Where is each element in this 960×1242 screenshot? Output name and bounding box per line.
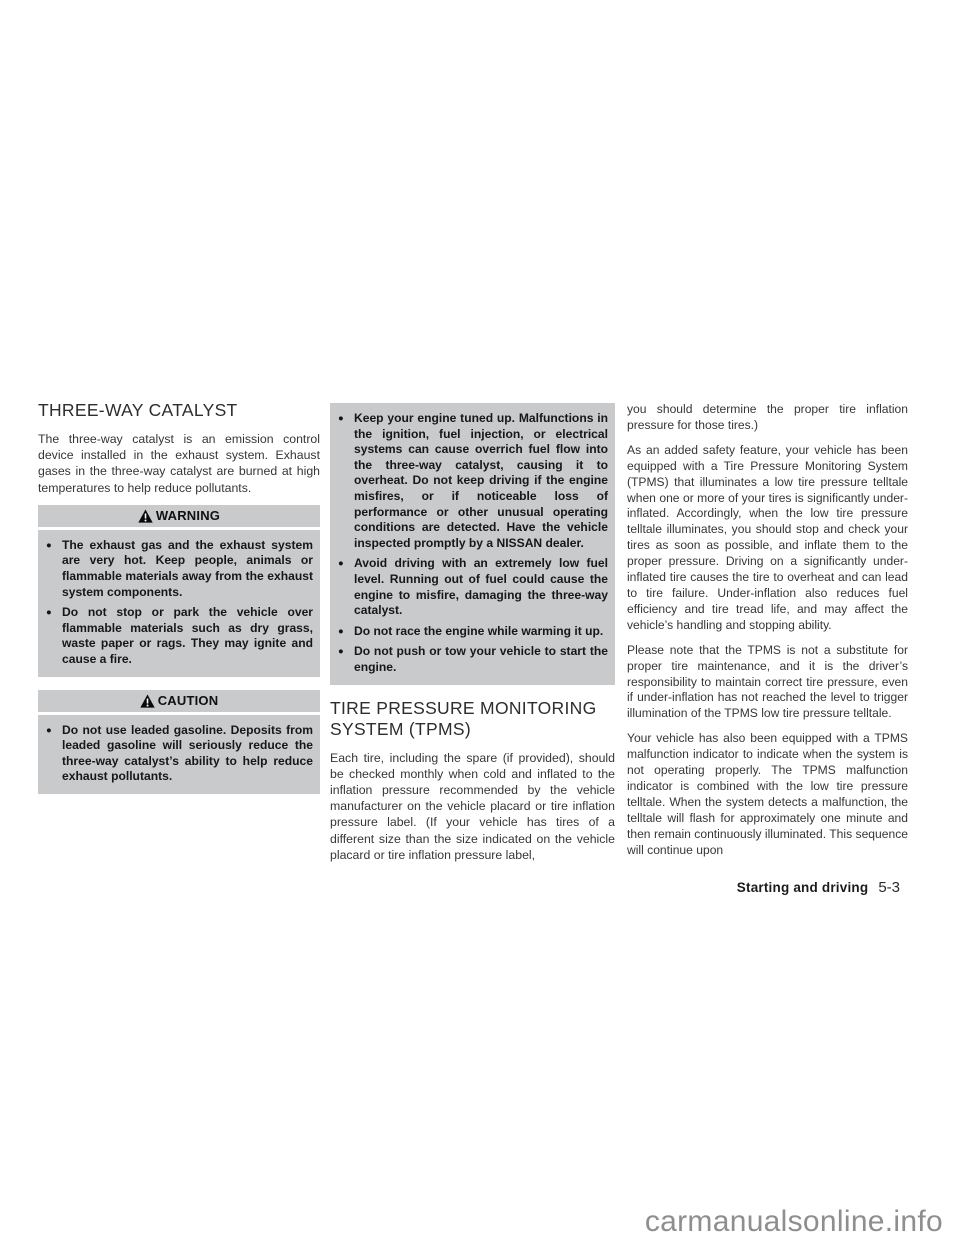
list-item: ● Do not push or tow your vehicle to sta… (337, 644, 608, 675)
bullet-icon: ● (337, 411, 354, 551)
body-paragraph: Your vehicle has also been equipped with… (627, 731, 908, 858)
tpms-paragraph: Each tire, including the spare (if provi… (330, 750, 615, 863)
page-title: THREE-WAY CATALYST (38, 400, 320, 421)
bullet-icon: ● (45, 605, 62, 667)
warning-bullet-text: Do not stop or park the vehicle over fla… (62, 605, 313, 667)
bullet-icon: ● (45, 723, 62, 785)
list-item: ● Do not stop or park the vehicle over f… (45, 605, 313, 667)
caution-bullet-text: Do not use leaded gasoline. Deposits fro… (62, 723, 313, 785)
watermark-text: carmanualsonline.info (645, 1205, 943, 1239)
warning-box-continued: ● Keep your engine tuned up. Malfunction… (330, 403, 615, 685)
footer-section-label: Starting and driving (737, 880, 869, 895)
warning-bullet-text: Keep your engine tuned up. Malfunctions … (354, 411, 608, 551)
column-middle: ● Keep your engine tuned up. Malfunction… (330, 403, 615, 872)
bullet-icon: ● (337, 644, 354, 675)
list-item: ● Keep your engine tuned up. Malfunction… (337, 411, 608, 551)
body-paragraph: you should determine the proper tire inf… (627, 402, 908, 434)
warning-bullet-text: Do not race the engine while warming it … (354, 624, 603, 640)
warning-bullet-text: The exhaust gas and the exhaust system a… (62, 538, 313, 600)
list-item: ● Do not use leaded gasoline. Deposits f… (45, 723, 313, 785)
body-paragraph: As an added safety feature, your vehicle… (627, 443, 908, 634)
list-item: ● The exhaust gas and the exhaust system… (45, 538, 313, 600)
bullet-icon: ● (337, 556, 354, 618)
warning-bullet-text: Avoid driving with an extremely low fuel… (354, 556, 608, 618)
footer-page-number: 5-3 (878, 879, 900, 896)
list-item: ● Avoid driving with an extremely low fu… (337, 556, 608, 618)
warning-box: ● The exhaust gas and the exhaust system… (38, 530, 320, 677)
warning-triangle-icon (140, 694, 155, 708)
bullet-icon: ● (45, 538, 62, 600)
warning-bullet-text: Do not push or tow your vehicle to start… (354, 644, 608, 675)
warning-triangle-icon (138, 509, 153, 523)
column-right: you should determine the proper tire inf… (627, 402, 908, 867)
section-heading-tpms: TIRE PRESSURE MONITORING SYSTEM (TPMS) (330, 698, 615, 740)
bullet-icon: ● (337, 624, 354, 640)
warning-header: WARNING (38, 505, 320, 527)
column-three-way-catalyst: THREE-WAY CATALYST The three-way catalys… (38, 400, 320, 794)
body-paragraph: Please note that the TPMS is not a subst… (627, 643, 908, 723)
list-item: ● Do not race the engine while warming i… (337, 624, 608, 640)
caution-box: ● Do not use leaded gasoline. Deposits f… (38, 715, 320, 794)
warning-title: WARNING (156, 508, 220, 523)
intro-paragraph: The three-way catalyst is an emission co… (38, 431, 320, 496)
caution-title: CAUTION (158, 693, 219, 708)
caution-header: CAUTION (38, 690, 320, 712)
page-footer: Starting and driving 5-3 (737, 879, 900, 896)
